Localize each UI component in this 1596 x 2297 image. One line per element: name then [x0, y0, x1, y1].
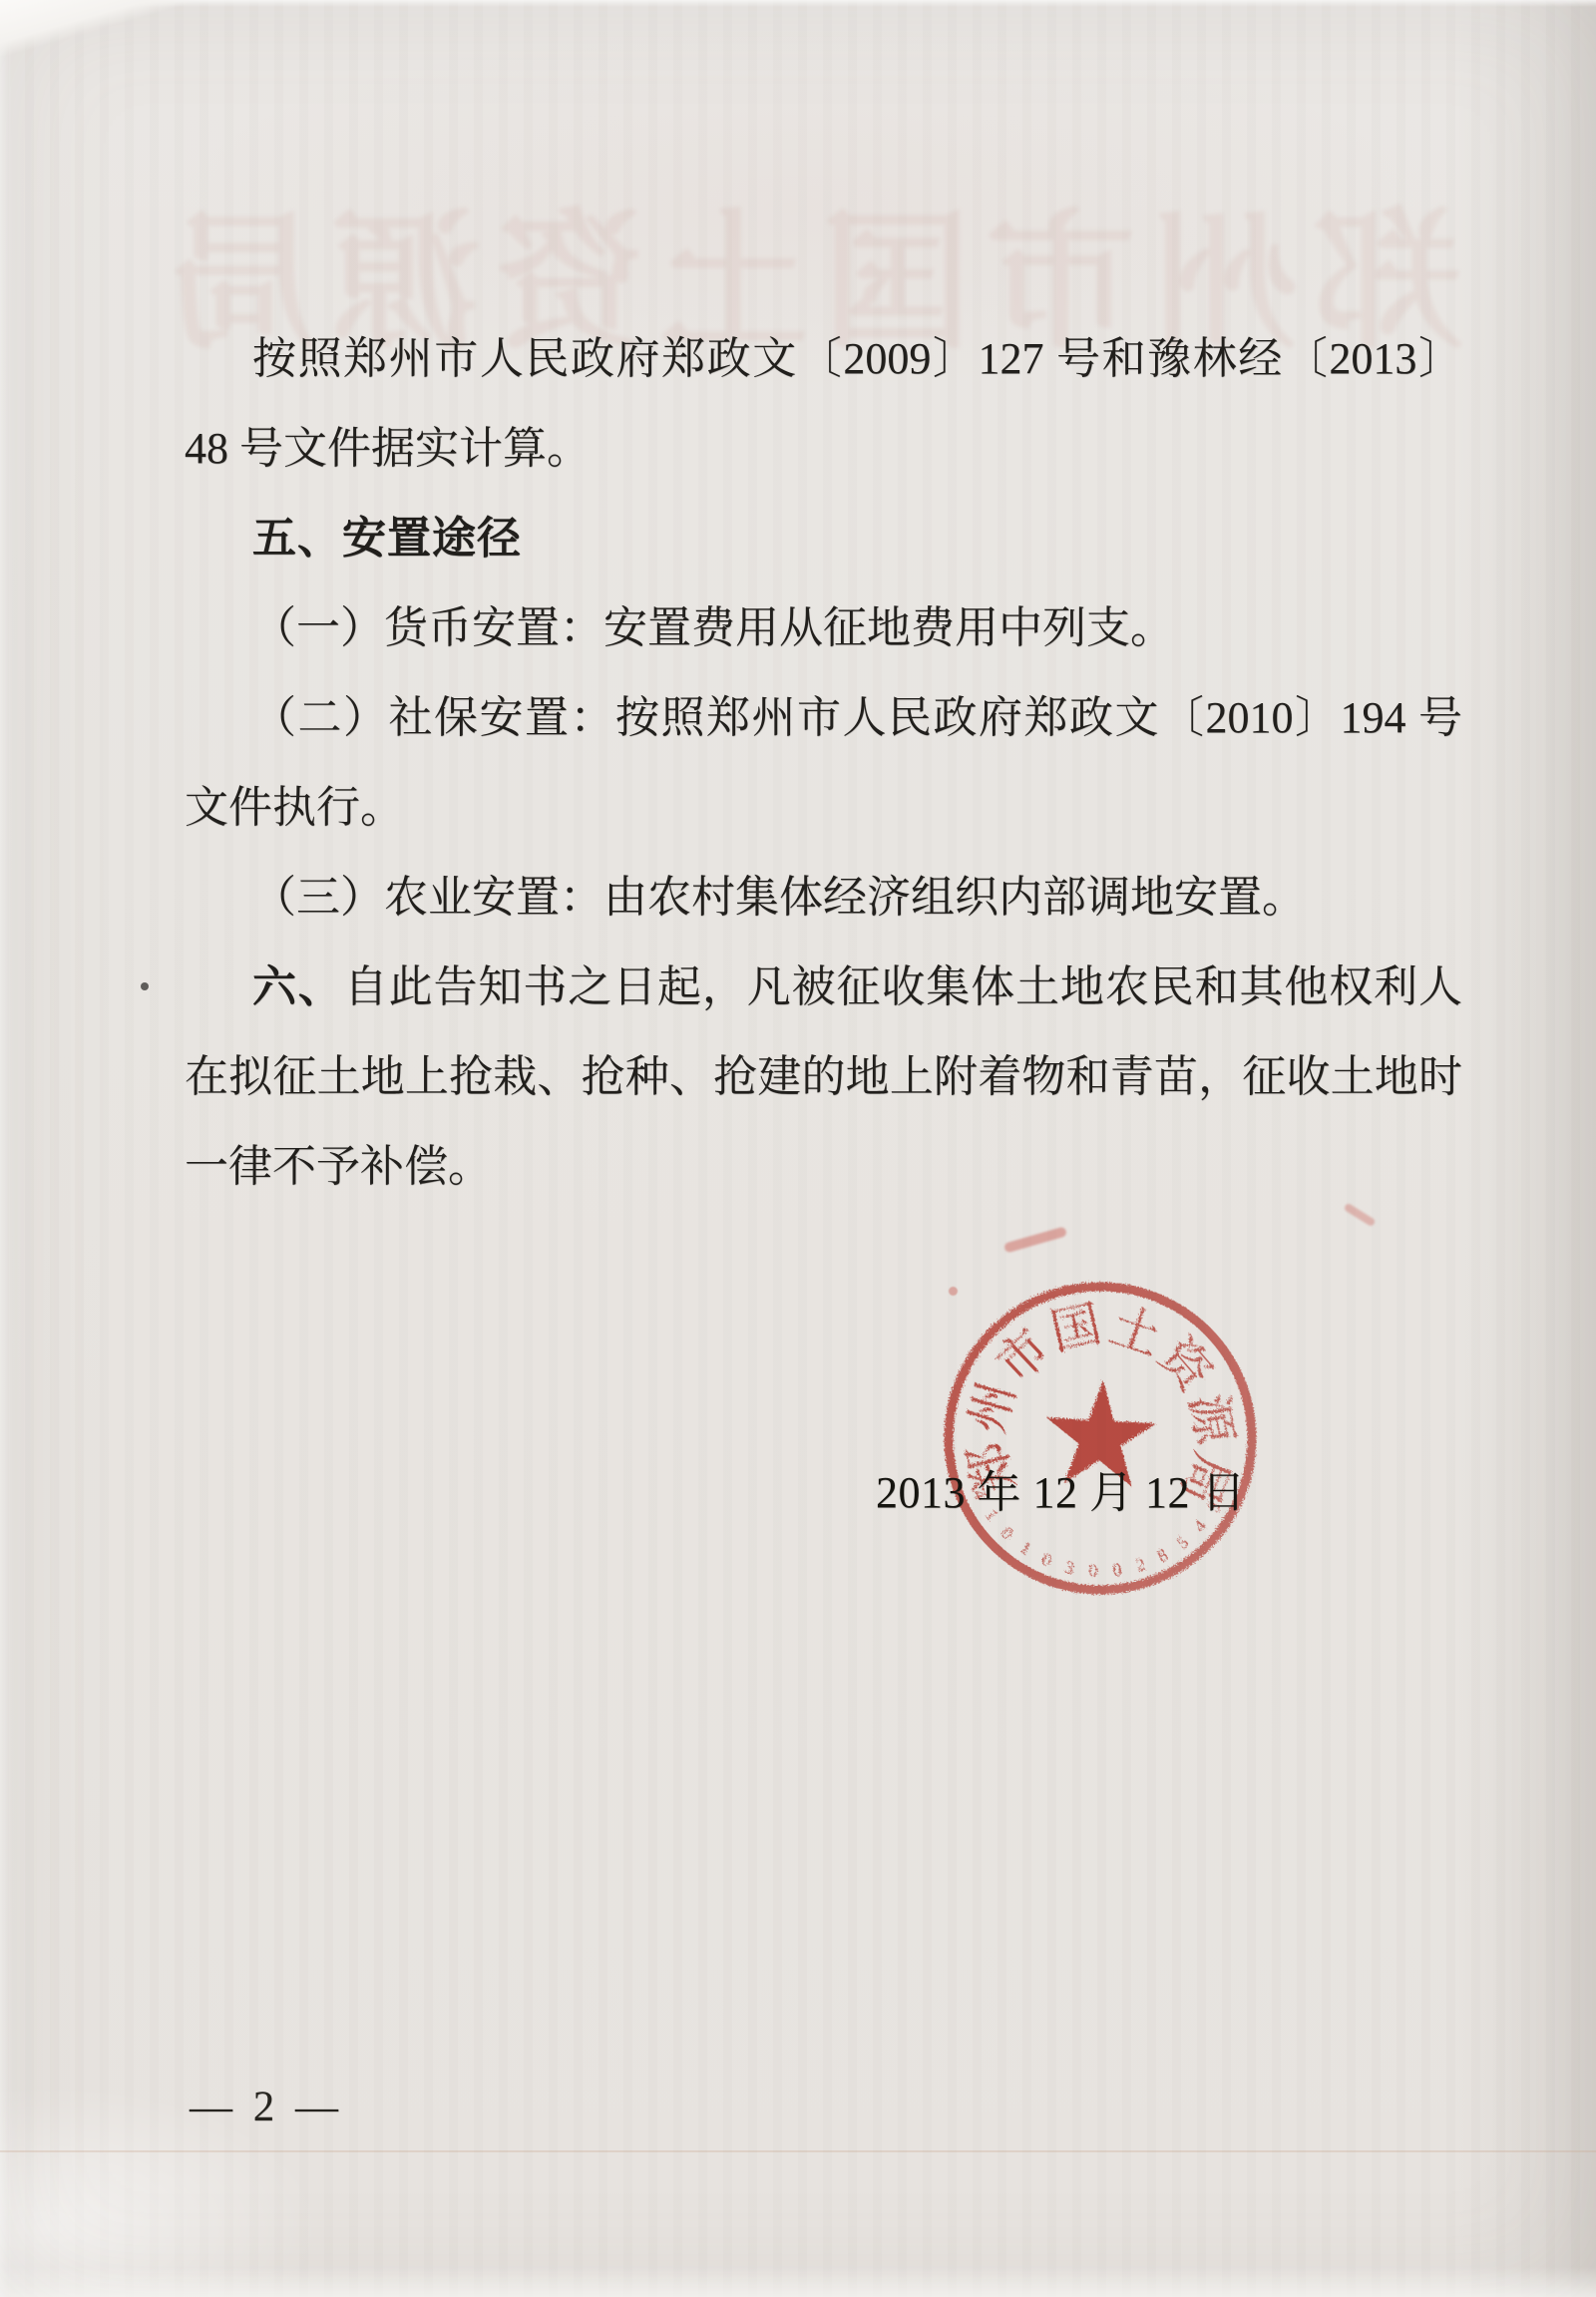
body-line-text: 48 号文件据实计算。 [185, 424, 591, 473]
body-line: 六、自此告知书之日起，凡被征收集体土地农民和其他权利人 [185, 943, 1462, 1032]
body-line: 在拟征土地上抢栽、抢种、抢建的地上附着物和青苗，征收土地时 [185, 1032, 1462, 1122]
body-line-text: （二）社保安置：按照郑州市人民政府郑政文〔2010〕194 号 [252, 693, 1462, 742]
body-line: （三）农业安置：由农村集体经济组织内部调地安置。 [185, 853, 1462, 943]
seal-glyph: 0 [1088, 1561, 1098, 1581]
stamp-smudge [949, 1287, 958, 1296]
seal-glyph: 3 [1063, 1557, 1076, 1579]
seal-glyph: 0 [1111, 1559, 1122, 1580]
body-line: 文件执行。 [185, 763, 1462, 853]
body-line-text: 按照郑州市人民政府郑政文〔2009〕127 号和豫林经〔2013〕 [252, 334, 1462, 383]
seal-glyph: 1 [1016, 1537, 1035, 1559]
body-line-text: （一）货币安置：安置费用从征地费用中列支。 [252, 603, 1174, 652]
official-seal: 郑州市国土资源局 4101030028543 [922, 1260, 1278, 1616]
scan-corner-artifact [0, 0, 195, 56]
document-date: 2013 年 12 月 12 日 [876, 1448, 1246, 1538]
seal-glyph: 国 [1045, 1296, 1106, 1360]
page-number: — 2 — [190, 2083, 343, 2131]
seal-glyph: 2 [1133, 1554, 1148, 1576]
seal-glyph: 0 [1038, 1549, 1054, 1571]
scan-crease [0, 2150, 1596, 2152]
official-seal-graphic: 郑州市国土资源局 4101030028543 [922, 1260, 1278, 1616]
document-body: 按照郑州市人民政府郑政文〔2009〕127 号和豫林经〔2013〕48 号文件据… [185, 314, 1462, 1212]
body-line-text: 自此告知书之日起，凡被征收集体土地农民和其他权利人 [344, 962, 1462, 1011]
body-line-emphasis: 五、安置途径 [252, 514, 522, 563]
body-line: 一律不予补偿。 [185, 1122, 1462, 1212]
body-line: （一）货币安置：安置费用从征地费用中列支。 [185, 583, 1462, 673]
body-line-emphasis: 六、 [252, 962, 344, 1011]
body-line-text: 文件执行。 [185, 783, 404, 832]
body-line: 按照郑州市人民政府郑政文〔2009〕127 号和豫林经〔2013〕 [185, 314, 1462, 404]
seal-glyph: 源 [1179, 1389, 1243, 1449]
body-line: 五、安置途径 [185, 494, 1462, 583]
body-line-text: 一律不予补偿。 [185, 1142, 492, 1191]
seal-glyph: 8 [1154, 1544, 1171, 1566]
body-line-text: （三）农业安置：由农村集体经济组织内部调地安置。 [252, 873, 1306, 922]
body-line: （二）社保安置：按照郑州市人民政府郑政文〔2010〕194 号 [185, 673, 1462, 763]
body-line-text: 在拟征土地上抢栽、抢种、抢建的地上附着物和青苗，征收土地时 [185, 1052, 1462, 1101]
scan-speck [141, 982, 149, 990]
body-line: 48 号文件据实计算。 [185, 404, 1462, 494]
stamp-smudge [1003, 1226, 1067, 1253]
scanned-document-page: 郑州市国土资源局 按照郑州市人民政府郑政文〔2009〕127 号和豫林经〔201… [0, 0, 1596, 2297]
